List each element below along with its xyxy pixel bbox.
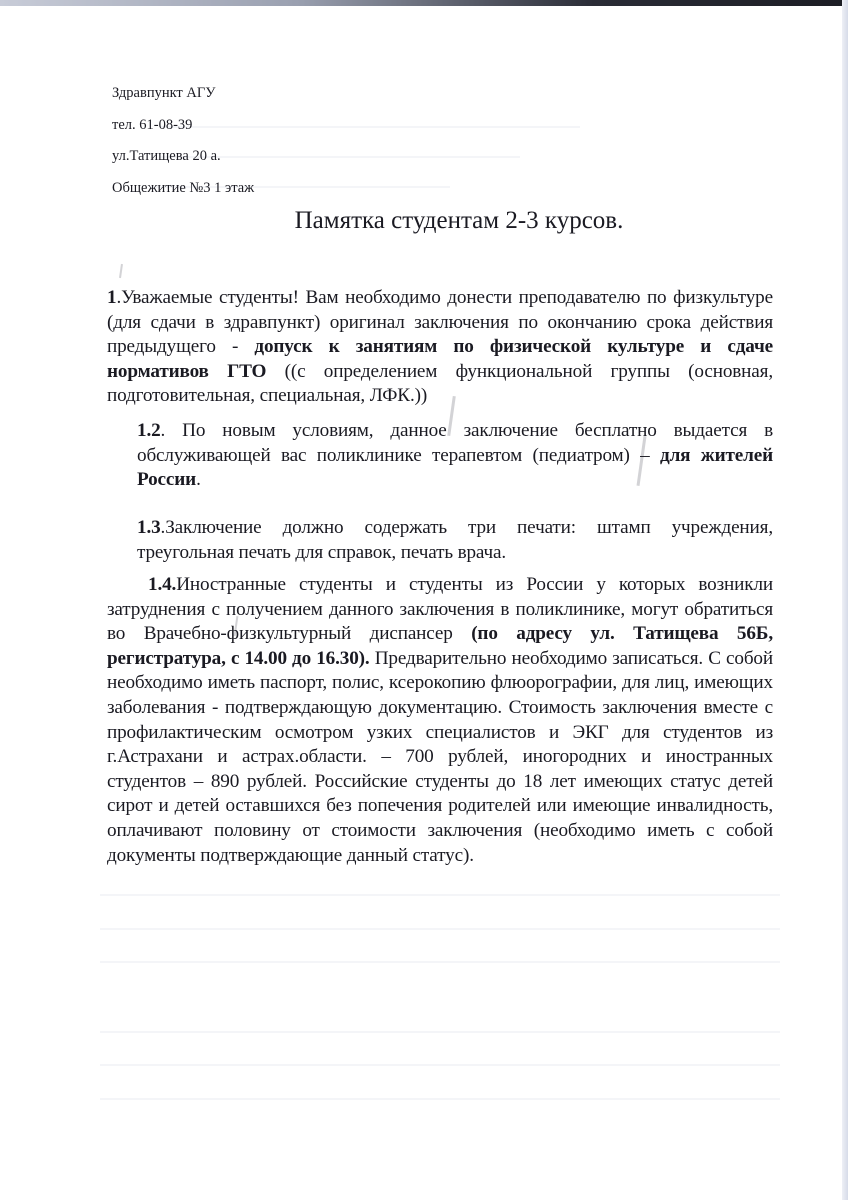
show-through-line xyxy=(100,894,780,896)
paragraph-text: Предварительно необходимо записаться. С … xyxy=(107,648,773,866)
paragraph-1: 1.Уважаемые студенты! Вам необходимо дон… xyxy=(107,286,773,409)
show-through-line xyxy=(100,1031,780,1033)
show-through-line xyxy=(100,1064,780,1066)
scan-right-edge xyxy=(842,0,848,1200)
paragraph-number: 1.4. xyxy=(148,574,176,595)
paragraph-1-4: 1.4.Иностранные студенты и студенты из Р… xyxy=(107,573,773,868)
institution-name: Здравпункт АГУ xyxy=(112,78,254,110)
scan-speck xyxy=(119,264,123,278)
show-through-line xyxy=(100,928,780,930)
paragraph-number: 1.2 xyxy=(137,420,161,441)
institution-phone: тел. 61-08-39 xyxy=(112,110,254,142)
institution-location: Общежитие №3 1 этаж xyxy=(112,173,254,205)
paragraph-text: . xyxy=(196,469,201,490)
show-through-line xyxy=(100,1098,780,1100)
paragraph-1-3: 1.3.Заключение должно содержать три печа… xyxy=(137,516,773,565)
paragraph-number: 1.3 xyxy=(137,517,161,538)
document-title: Памятка студентам 2-3 курсов. xyxy=(0,203,848,239)
paragraph-text: .Заключение должно содержать три печати:… xyxy=(137,517,773,563)
paragraph-1-2: 1.2. По новым условиям, данное заключени… xyxy=(137,419,773,493)
institution-address: ул.Татищева 20 а. xyxy=(112,141,254,173)
institution-header: Здравпункт АГУ тел. 61-08-39 ул.Татищева… xyxy=(112,78,254,204)
show-through-line xyxy=(100,961,780,963)
